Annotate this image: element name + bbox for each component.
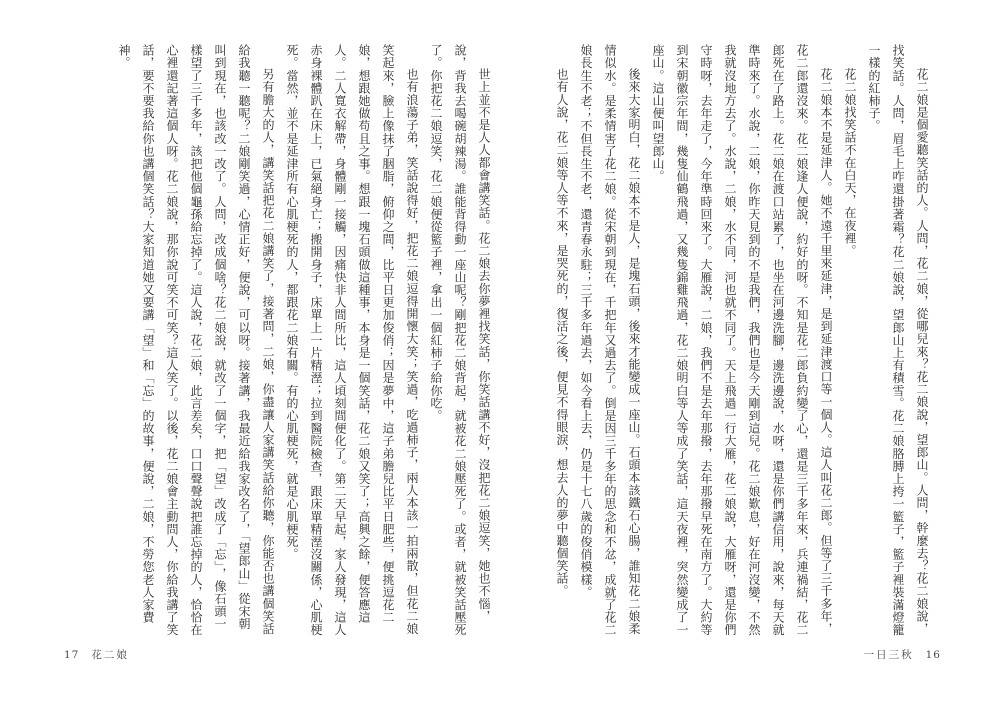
- paragraph: 花二娘是個愛聽笑話的人。人問，花二娘，從哪兒來？花二娘說，望郎山。人問，幹麼去？…: [862, 44, 934, 642]
- paragraph: 世上並不是人人都會講笑話。花二娘去你夢裡找笑話，你笑話講不好，沒把花二娘逗笑，她…: [424, 44, 496, 642]
- paragraph: 也有人說，花二娘等人等不來，是哭死的，復活之後，便見不得眼淚，想去人的夢中聽個笑…: [550, 44, 574, 642]
- footer-book-title: 一日三秋: [864, 649, 914, 661]
- left-page-text-block: 世上並不是人人都會講笑話。花二娘去你夢裡找笑話，你笑話講不好，沒把花二娘逗笑，她…: [54, 44, 496, 642]
- paragraph: 花二娘本不是延津人。她不遠千里來延津，是到延津渡口等一個人。這人叫花二郎。但等了…: [646, 44, 838, 642]
- footer-chapter-title: 花二娘: [91, 649, 129, 661]
- right-page-text-block: 花二娘是個愛聽笑話的人。人問，花二娘，從哪兒來？花二娘說，望郎山。人問，幹麼去？…: [498, 44, 934, 642]
- paragraph: 花二娘找笑話不在白天，在夜裡。: [838, 44, 862, 642]
- footer-page-number-left: 17: [64, 649, 79, 661]
- paragraph: 也有浪蕩子弟，笑話說得好，把花二娘逗得開懷大笑；笑過，吃過柿子，兩人本該一拍兩散…: [280, 44, 424, 642]
- right-page-footer: 一日三秋16: [864, 647, 941, 662]
- left-page: 世上並不是人人都會講笑話。花二娘去你夢裡找笑話，你笑話講不好，沒把花二娘逗笑，她…: [0, 0, 500, 709]
- paragraph: 後來大家明白，花二娘本不是人，是塊石頭，後來才能變成一座山。石頭本該鐵石心腸，誰…: [574, 44, 646, 642]
- footer-page-number-right: 16: [926, 649, 941, 661]
- paragraph: 另有膽大的人，講笑話把花二娘講笑了，接著問，二娘，你盡讓人家講笑話給你聽，你能否…: [112, 44, 280, 642]
- left-page-footer: 17花二娘: [64, 647, 129, 662]
- book-spread: 花二娘是個愛聽笑話的人。人問，花二娘，從哪兒來？花二娘說，望郎山。人問，幹麼去？…: [0, 0, 1000, 709]
